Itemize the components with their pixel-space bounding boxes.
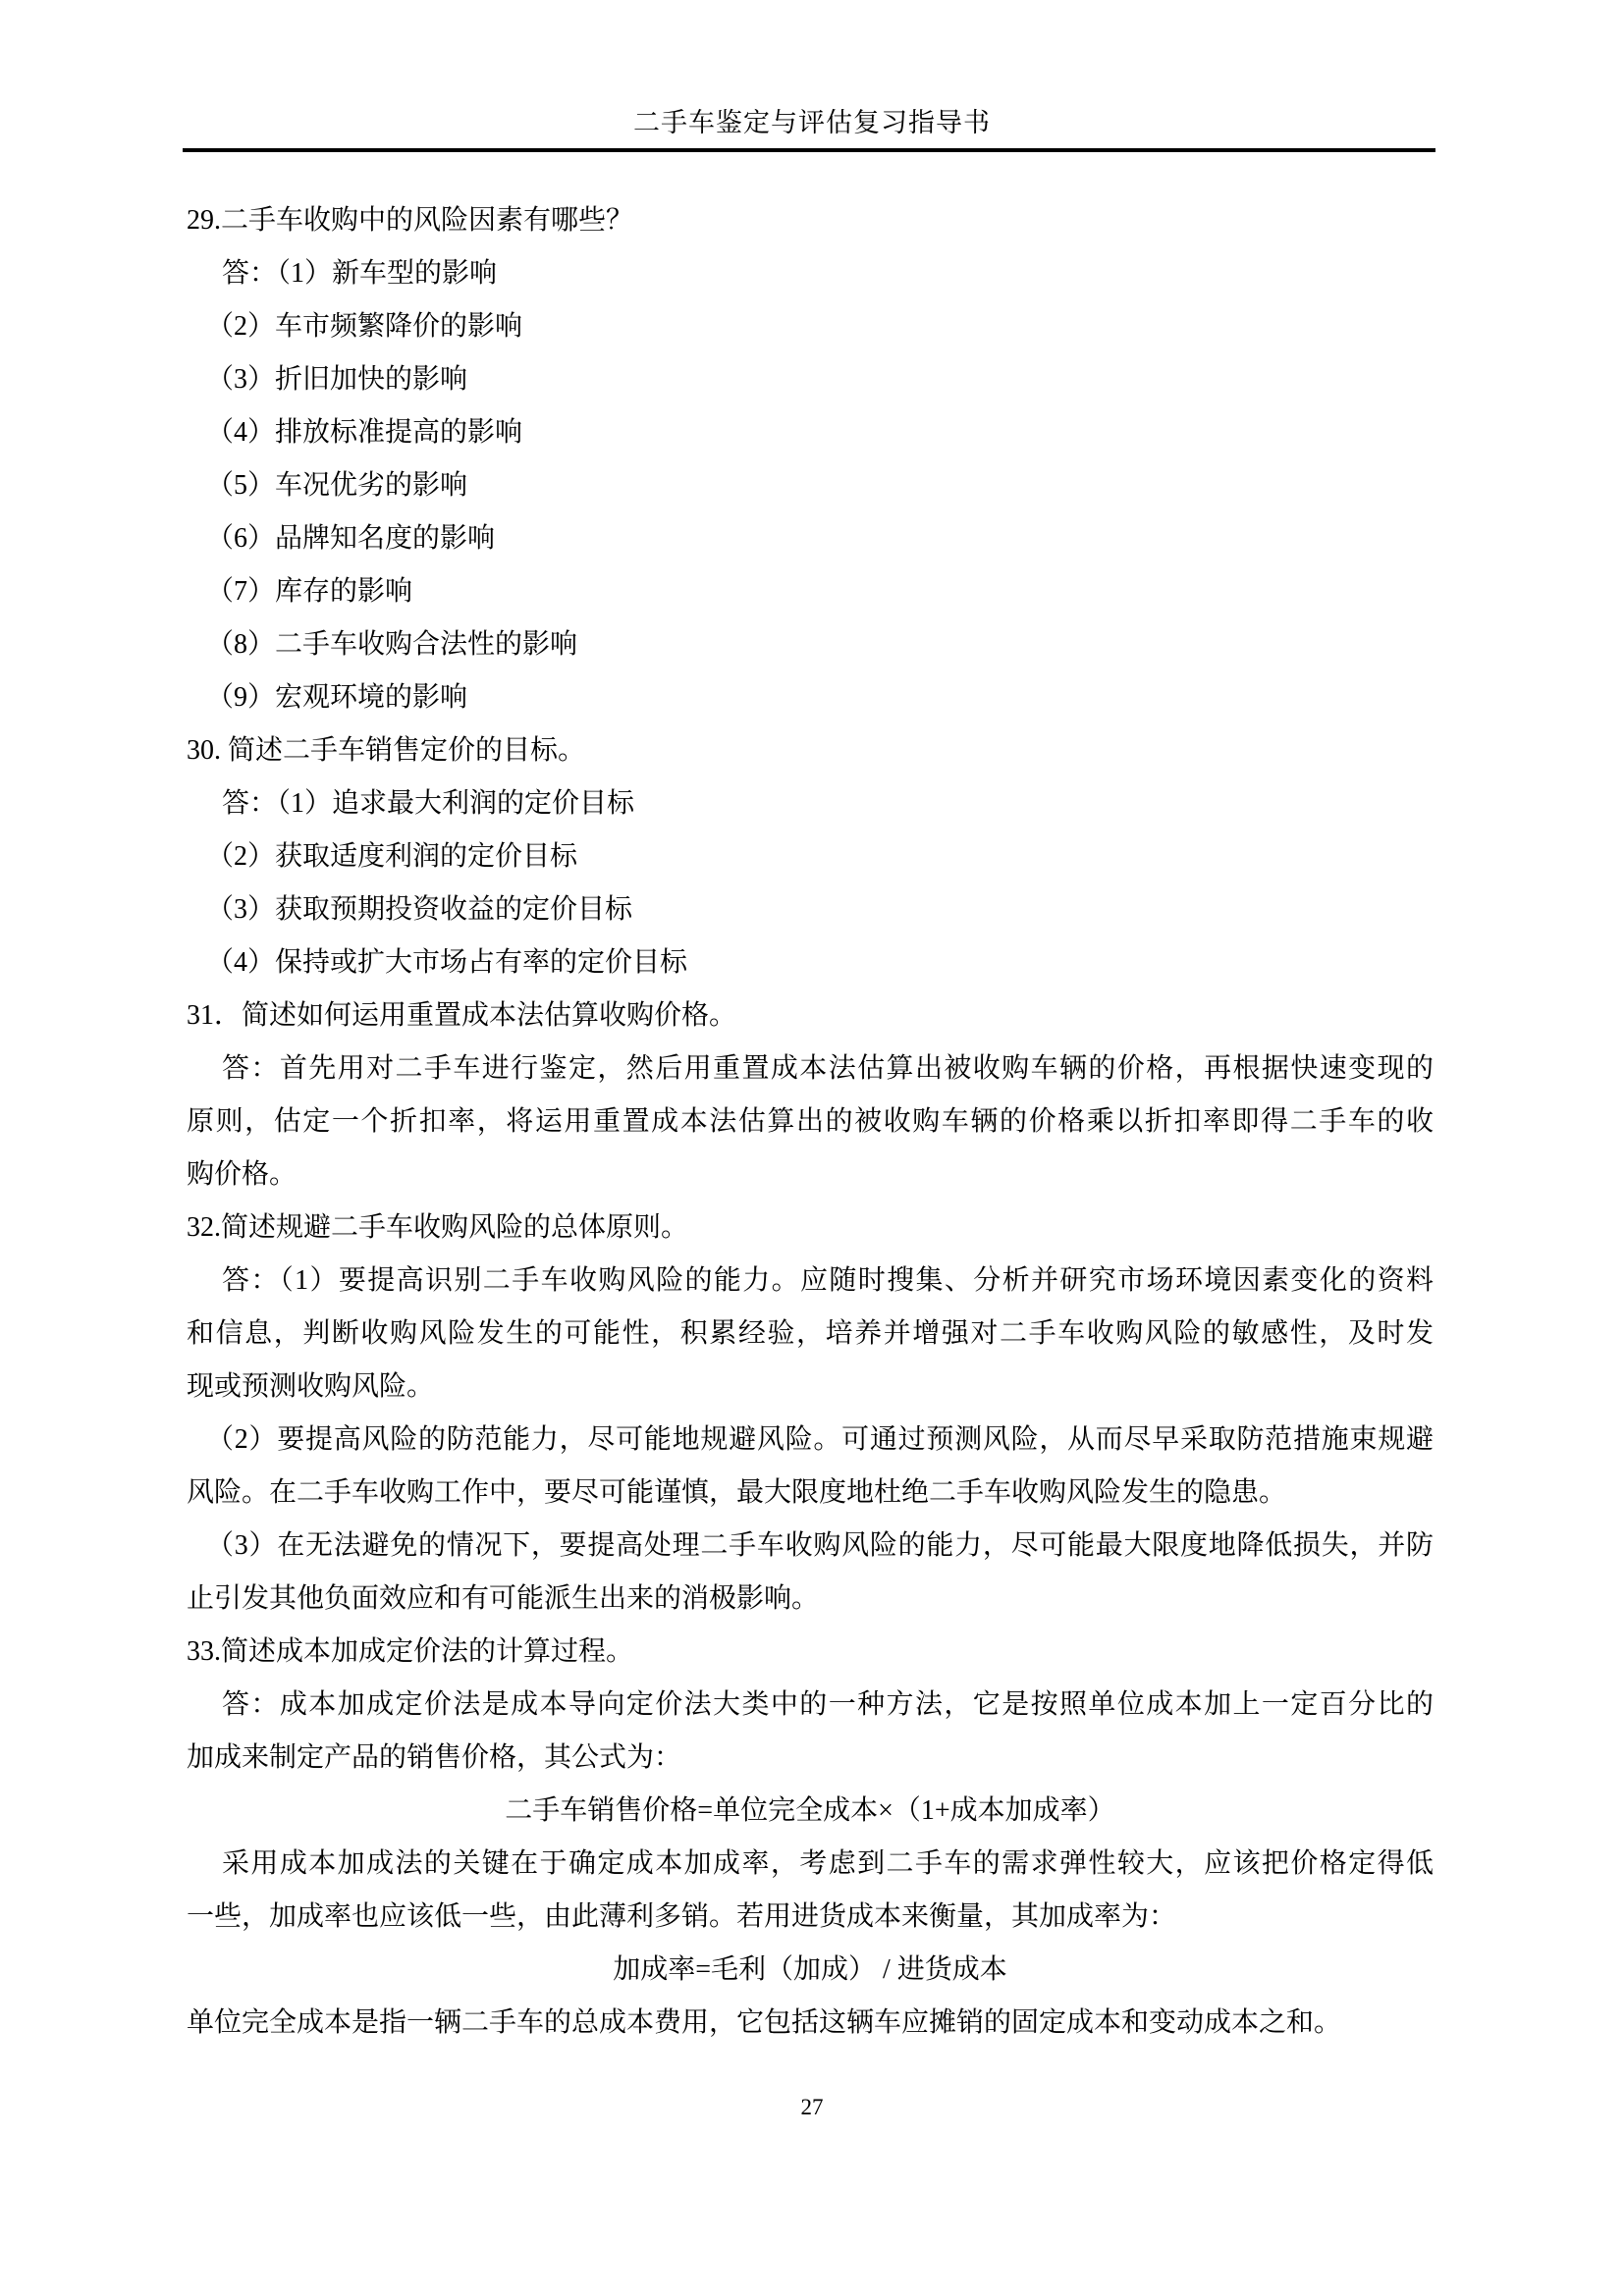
list-item-line: （2）要提高风险的防范能力，尽可能地规避风险。可通过预测风险，从而尽早采取防范措…	[206, 1414, 1434, 1467]
list-item-line: （4）保持或扩大市场占有率的定价目标	[206, 936, 1434, 989]
list-item-line: （7）库存的影响	[206, 565, 1434, 618]
answer-line: 答：（1）要提高识别二手车收购风险的能力。应随时搜集、分析并研究市场环境因素变化…	[222, 1255, 1434, 1308]
question-line: 32.简述规避二手车收购风险的总体原则。	[187, 1201, 1434, 1255]
list-item-line: （3）在无法避免的情况下，要提高处理二手车收购风险的能力，尽可能最大限度地降低损…	[206, 1520, 1434, 1573]
document-header-title: 二手车鉴定与评估复习指导书	[0, 106, 1624, 139]
body-line: 和信息，判断收购风险发生的可能性，积累经验，培养并增强对二手车收购风险的敏感性，…	[187, 1308, 1434, 1361]
list-item-line: （4）排放标准提高的影响	[206, 406, 1434, 459]
question-line: 33.简述成本加成定价法的计算过程。	[187, 1626, 1434, 1679]
question-line: 31．简述如何运用重置成本法估算收购价格。	[187, 989, 1434, 1042]
question-line: 29.二手车收购中的风险因素有哪些？	[187, 194, 1434, 247]
body-line: 原则，估定一个折扣率，将运用重置成本法估算出的被收购车辆的价格乘以折扣率即得二手…	[187, 1095, 1434, 1148]
page-number: 27	[0, 2093, 1624, 2122]
list-item-line: （2）获取适度利润的定价目标	[206, 830, 1434, 883]
formula-line: 二手车销售价格=单位完全成本×（1+成本加成率）	[187, 1785, 1434, 1838]
answer-line: 答：（1）追求最大利润的定价目标	[222, 777, 1434, 830]
list-item-line: （3）折旧加快的影响	[206, 353, 1434, 406]
list-item-line: （8）二手车收购合法性的影响	[206, 618, 1434, 671]
body-line: 风险。在二手车收购工作中，要尽可能谨慎，最大限度地杜绝二手车收购风险发生的隐患。	[187, 1467, 1434, 1520]
body-line: 加成来制定产品的销售价格，其公式为：	[187, 1732, 1434, 1785]
header-rule	[183, 148, 1435, 152]
answer-line: 答：（1）新车型的影响	[222, 247, 1434, 300]
list-item-line: （3）获取预期投资收益的定价目标	[206, 883, 1434, 936]
body-line: 一些，加成率也应该低一些，由此薄利多销。若用进货成本来衡量，其加成率为：	[187, 1891, 1434, 1944]
formula-line: 加成率=毛利（加成） / 进货成本	[187, 1944, 1434, 1997]
body-line: 止引发其他负面效应和有可能派生出来的消极影响。	[187, 1573, 1434, 1626]
body-line: 现或预测收购风险。	[187, 1361, 1434, 1414]
document-body: 29.二手车收购中的风险因素有哪些？ 答：（1）新车型的影响 （2）车市频繁降价…	[187, 194, 1434, 2050]
answer-line: 答：成本加成定价法是成本导向定价法大类中的一种方法，它是按照单位成本加上一定百分…	[222, 1679, 1434, 1732]
answer-line: 答：首先用对二手车进行鉴定，然后用重置成本法估算出被收购车辆的价格，再根据快速变…	[222, 1042, 1434, 1095]
document-page: 二手车鉴定与评估复习指导书 29.二手车收购中的风险因素有哪些？ 答：（1）新车…	[0, 0, 1624, 2296]
list-item-line: （2）车市频繁降价的影响	[206, 300, 1434, 353]
body-line: 购价格。	[187, 1148, 1434, 1201]
list-item-line: （9）宏观环境的影响	[206, 671, 1434, 724]
question-line: 30. 简述二手车销售定价的目标。	[187, 724, 1434, 777]
body-line: 单位完全成本是指一辆二手车的总成本费用，它包括这辆车应摊销的固定成本和变动成本之…	[187, 1997, 1434, 2050]
answer-line: 采用成本加成法的关键在于确定成本加成率，考虑到二手车的需求弹性较大，应该把价格定…	[222, 1838, 1434, 1891]
list-item-line: （6）品牌知名度的影响	[206, 512, 1434, 565]
list-item-line: （5）车况优劣的影响	[206, 459, 1434, 512]
